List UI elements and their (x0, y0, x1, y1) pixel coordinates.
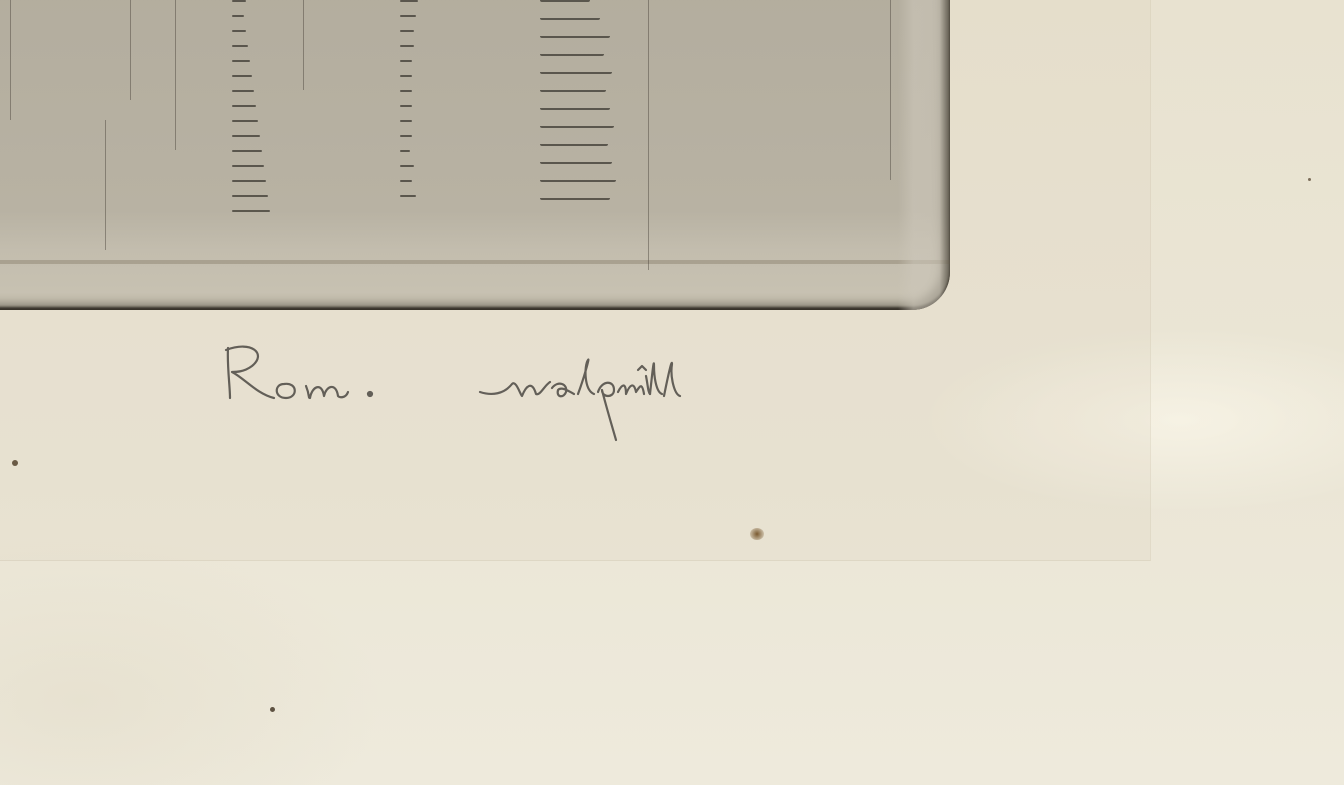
foxing-spot (750, 528, 764, 540)
hatching-column (232, 0, 270, 212)
foxing-spot (1308, 178, 1311, 181)
foxing-spot (270, 707, 275, 712)
etched-line (890, 0, 891, 180)
foxing-spot (12, 460, 18, 466)
etched-line (10, 0, 11, 120)
etched-line (130, 0, 131, 100)
etched-line (303, 0, 304, 90)
hatching-column (400, 0, 418, 197)
paper-sheet: Rom. Malpuit (0, 0, 1344, 785)
plate-right-margin (898, 0, 950, 310)
hatching-column (540, 0, 616, 200)
pencil-signature: Rom. Malpuit (222, 336, 842, 446)
etched-line (648, 0, 649, 270)
signature-strokes (222, 336, 842, 446)
etched-line (175, 0, 176, 150)
etched-line (105, 120, 106, 250)
etched-plate-area (0, 0, 950, 310)
signature-text: Rom. Malpuit (222, 336, 229, 337)
plate-border-line (0, 260, 950, 264)
